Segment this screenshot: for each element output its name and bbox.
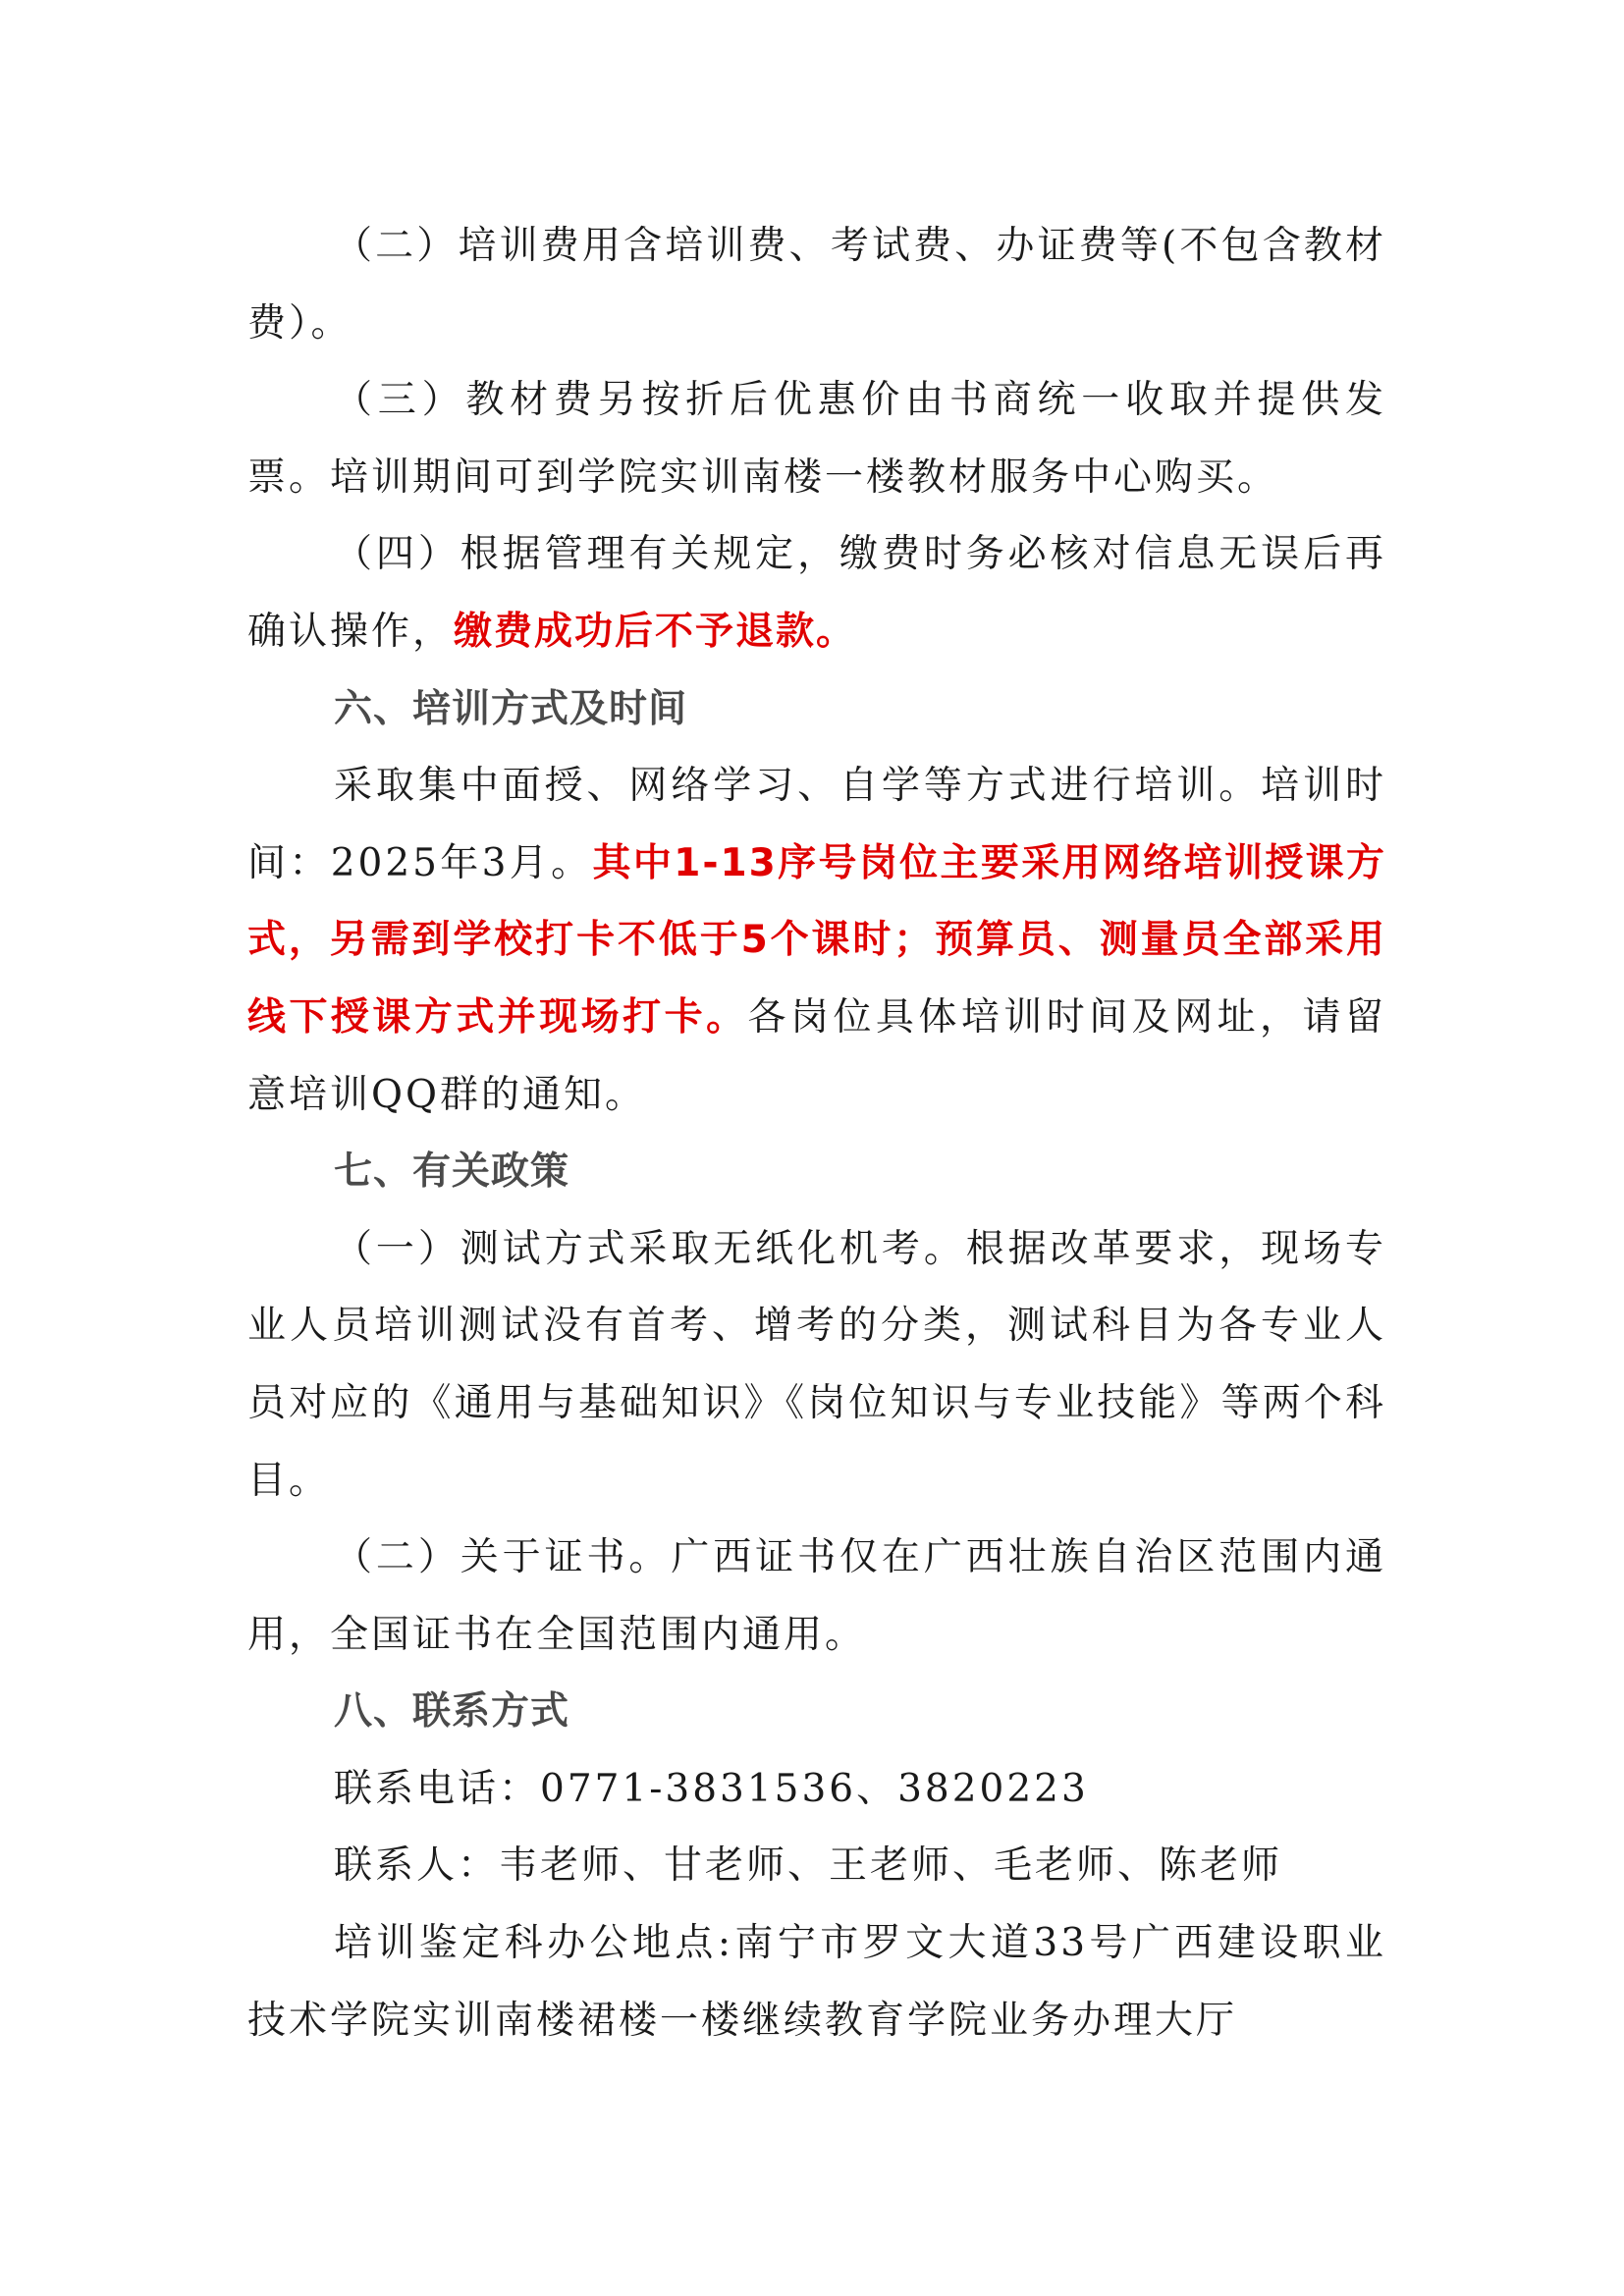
section-heading-policies: 七、有关政策 (247, 1134, 1386, 1211)
no-refund-notice: 缴费成功后不予退款。 (454, 610, 856, 654)
paragraph-test-method: （一）测试方式采取无纸化机考。根据改革要求，现场专业人员培训测试没有首考、增考的… (247, 1211, 1386, 1520)
section-heading-training-method: 六、培训方式及时间 (247, 671, 1386, 749)
paragraph-payment-rules: （四）根据管理有关规定，缴费时务必核对信息无误后再确认操作，缴费成功后不予退款。 (247, 516, 1386, 670)
document-page: （二）培训费用含培训费、考试费、办证费等(不包含教材费）。 （三）教材费另按折后… (247, 208, 1386, 2059)
paragraph-certificates: （二）关于证书。广西证书仅在广西壮族自治区范围内通用，全国证书在全国范围内通用。 (247, 1520, 1386, 1674)
office-address: 培训鉴定科办公地点:南宁市罗文大道33号广西建设职业技术学院实训南楼裙楼一楼继续… (247, 1905, 1386, 2059)
contact-phone: 联系电话：0771-3831536、3820223 (247, 1751, 1386, 1829)
contact-persons: 联系人：韦老师、甘老师、王老师、毛老师、陈老师 (247, 1828, 1386, 1905)
paragraph-training-fees: （二）培训费用含培训费、考试费、办证费等(不包含教材费）。 (247, 208, 1386, 362)
paragraph-textbook-fees: （三）教材费另按折后优惠价由书商统一收取并提供发票。培训期间可到学院实训南楼一楼… (247, 362, 1386, 516)
paragraph-training-method: 采取集中面授、网络学习、自学等方式进行培训。培训时间：2025年3月。其中1-1… (247, 748, 1386, 1134)
section-heading-contact: 八、联系方式 (247, 1674, 1386, 1751)
